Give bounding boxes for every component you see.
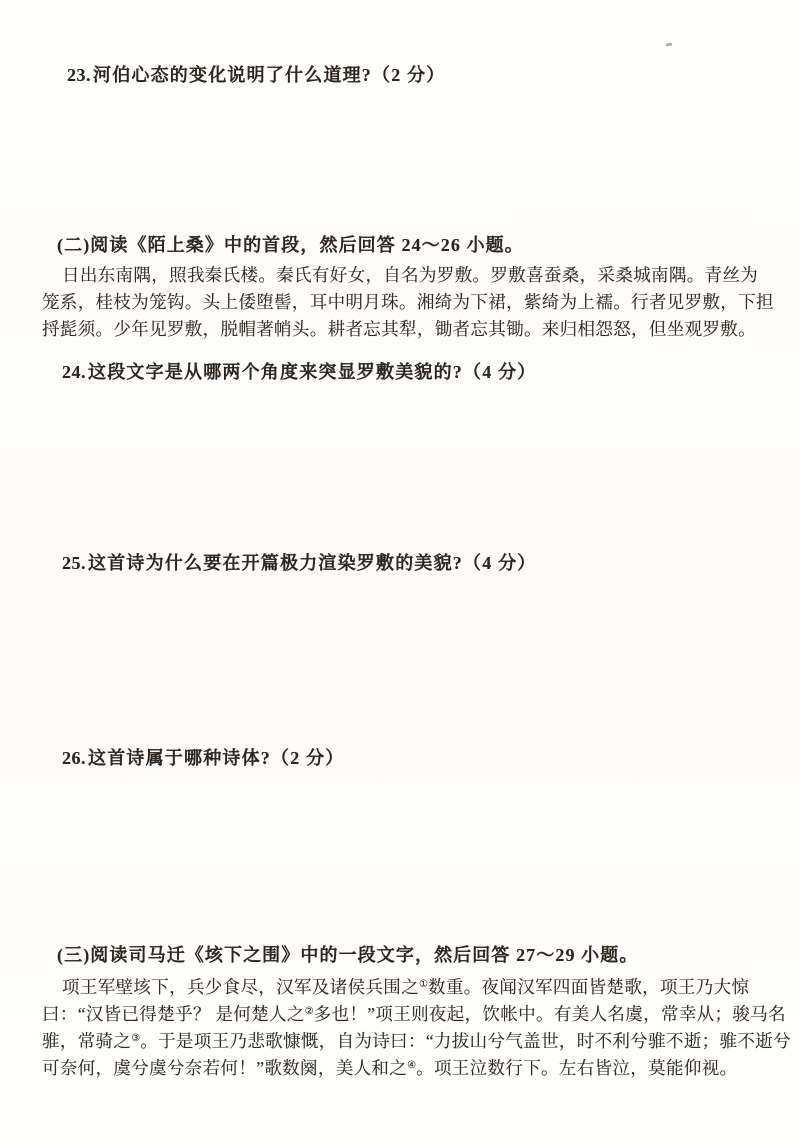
answer-space-25 <box>40 583 760 739</box>
passage-moshangsang-line-1: 日出东南隅，照我秦氏楼。秦氏有好女，自名为罗敷。罗敷喜蚕桑，采桑城南隅。青丝为 <box>62 262 758 289</box>
question-23-score: （2 分） <box>372 65 446 85</box>
passage-gaixia-line-1: 项王军壁垓下，兵少食尽，汉军及诸侯兵围之①数重。夜闻汉军四面皆楚歌，项王乃大惊 <box>62 971 749 1001</box>
question-25: 25.这首诗为什么要在开篇极力渲染罗敷的美貌?（4 分） <box>62 551 537 575</box>
question-25-text: 这首诗为什么要在开篇极力渲染罗敷的美貌? <box>88 553 463 573</box>
question-23-number: 23. <box>67 65 91 85</box>
passage-moshangsang-line-2: 笼系，桂枝为笼钩。头上倭堕髻，耳中明月珠。湘绮为下裙，紫绮为上襦。行者见罗敷，下… <box>42 289 774 316</box>
exam-page: 23.河伯心态的变化说明了什么道理?（2 分） (二)阅读《陌上桑》中的首段，然… <box>0 0 800 1145</box>
question-25-number: 25. <box>62 553 86 573</box>
question-25-score: （4 分） <box>463 553 537 573</box>
section-2-heading: (二)阅读《陌上桑》中的首段，然后回答 24～26 小题。 <box>57 233 524 257</box>
question-26-score: （2 分） <box>271 748 345 768</box>
passage-moshangsang-line-3: 捋髭须。少年见罗敷，脱帽著帩头。耕者忘其犁，锄者忘其锄。来归相怨怒，但坐观罗敷。 <box>42 316 756 343</box>
scan-artifact-speck <box>666 42 672 46</box>
passage-gaixia-line-3: 骓，常骑之③。于是项王乃悲歌慷慨，自为诗曰：“力拔山兮气盖世，时不利兮骓不逝；骓… <box>42 1025 791 1055</box>
question-26-text: 这首诗属于哪种诗体? <box>88 748 271 768</box>
passage-gaixia-line-4: 可奈何，虞兮虞兮奈若何！”歌数阕，美人和之④。项王泣数行下。左右皆泣，莫能仰视。 <box>42 1052 737 1082</box>
question-24: 24.这段文字是从哪两个角度来突显罗敷美貌的?（4 分） <box>62 360 537 384</box>
question-26-number: 26. <box>62 748 86 768</box>
passage-gaixia-line-2: 曰：“汉皆已得楚乎？ 是何楚人之②多也！”项王则夜起，饮帐中。有美人名虞，常幸从… <box>42 998 786 1028</box>
answer-space-23 <box>40 95 760 225</box>
question-23: 23.河伯心态的变化说明了什么道理?（2 分） <box>67 63 446 87</box>
answer-space-26 <box>40 778 760 936</box>
question-24-text: 这段文字是从哪两个角度来突显罗敷美貌的? <box>88 362 463 382</box>
question-23-text: 河伯心态的变化说明了什么道理? <box>93 65 372 85</box>
question-24-number: 24. <box>62 362 86 382</box>
question-24-score: （4 分） <box>463 362 537 382</box>
answer-space-24 <box>40 392 760 544</box>
question-26: 26.这首诗属于哪种诗体?（2 分） <box>62 746 345 770</box>
section-3-heading: (三)阅读司马迁《垓下之围》中的一段文字，然后回答 27～29 小题。 <box>57 943 639 967</box>
